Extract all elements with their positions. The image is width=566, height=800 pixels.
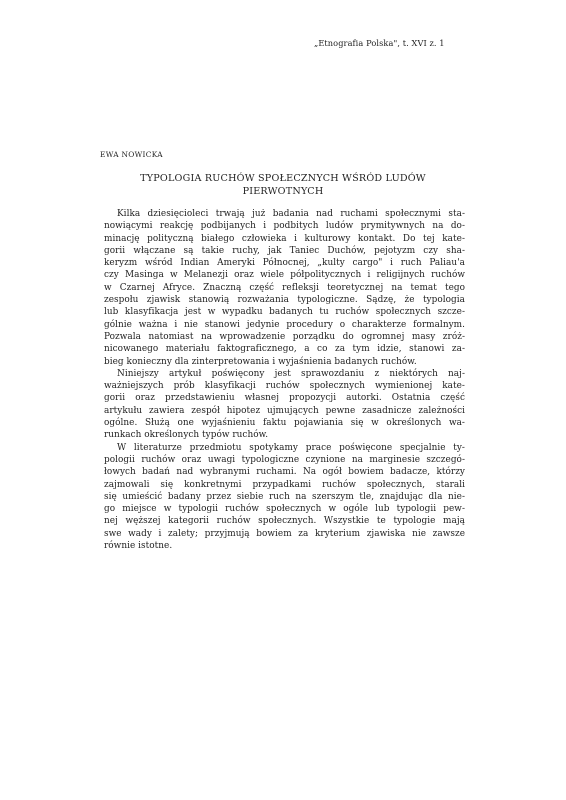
text-line: czy Masinga w Melanezji oraz wiele półpo… <box>104 269 465 281</box>
title-line: TYPOLOGIA RUCHÓW SPOŁECZNYCH WŚRÓD LUDÓW <box>100 172 466 185</box>
text-line: go miejsce w typologii ruchów społecznyc… <box>104 503 465 515</box>
text-line: się umieścić badany przez siebie ruch na… <box>104 491 465 503</box>
text-line: Niniejszy artykuł poświęcony jest sprawo… <box>104 368 465 380</box>
text-line: W literaturze przedmiotu spotykamy prace… <box>104 442 465 454</box>
text-line: lub klasyfikacja jest w wypadku badanych… <box>104 306 465 318</box>
text-line: gólnie ważna i nie stanowi jedynie proce… <box>104 319 465 331</box>
text-line: zespołu zjawisk stanowią rozważania typo… <box>104 294 465 306</box>
title-line: PIERWOTNYCH <box>100 185 466 198</box>
text-line: swe wady i zalety; przyjmują bowiem za k… <box>104 528 465 540</box>
text-line: ogólne. Służą one wyjaśnieniu faktu poja… <box>104 417 465 429</box>
text-line: keryzm wśród Indian Ameryki Północnej, „… <box>104 257 465 269</box>
article-title: TYPOLOGIA RUCHÓW SPOŁECZNYCH WŚRÓD LUDÓW… <box>100 172 466 198</box>
text-line: równie istotne. <box>104 540 465 552</box>
text-line: gorii włączane są takie ruchy, jak Tanie… <box>104 245 465 257</box>
text-line: zajmowali się konkretnymi przypadkami ru… <box>104 479 465 491</box>
text-line: nowiącymi reakcję podbijanych i podbityc… <box>104 220 465 232</box>
text-line: Pozwala natomiast na wprowadzenie porząd… <box>104 331 465 343</box>
text-line: łowych badań nad wybranymi ruchami. Na o… <box>104 466 465 478</box>
paragraph: W literaturze przedmiotu spotykamy prace… <box>104 442 465 553</box>
text-line: bieg konieczny dla zinterpretowania i wy… <box>104 356 465 368</box>
paragraph: Niniejszy artykuł poświęcony jest sprawo… <box>104 368 465 442</box>
running-head: „Etnografia Polska", t. XVI z. 1 <box>314 38 445 48</box>
text-line: Kilka dziesięcioleci trwają już badania … <box>104 208 465 220</box>
article-body: Kilka dziesięcioleci trwają już badania … <box>104 208 465 552</box>
text-line: w Czarnej Afryce. Znaczną część refleksj… <box>104 282 465 294</box>
text-line: artykułu zawiera zespół hipotez ujmujący… <box>104 405 465 417</box>
text-line: minację polityczną białego człowieka i k… <box>104 233 465 245</box>
text-line: ważniejszych prób klasyfikacji ruchów sp… <box>104 380 465 392</box>
text-line: nej węższej kategorii ruchów społecznych… <box>104 515 465 527</box>
text-line: runkach określonych typów ruchów. <box>104 429 465 441</box>
paragraph: Kilka dziesięcioleci trwają już badania … <box>104 208 465 368</box>
text-line: pologii ruchów oraz uwagi typologiczne c… <box>104 454 465 466</box>
author-name: EWA NOWICKA <box>100 150 163 159</box>
text-line: nicowanego materiału faktograficznego, a… <box>104 343 465 355</box>
text-line: gorii oraz przedstawieniu własnej propoz… <box>104 392 465 404</box>
